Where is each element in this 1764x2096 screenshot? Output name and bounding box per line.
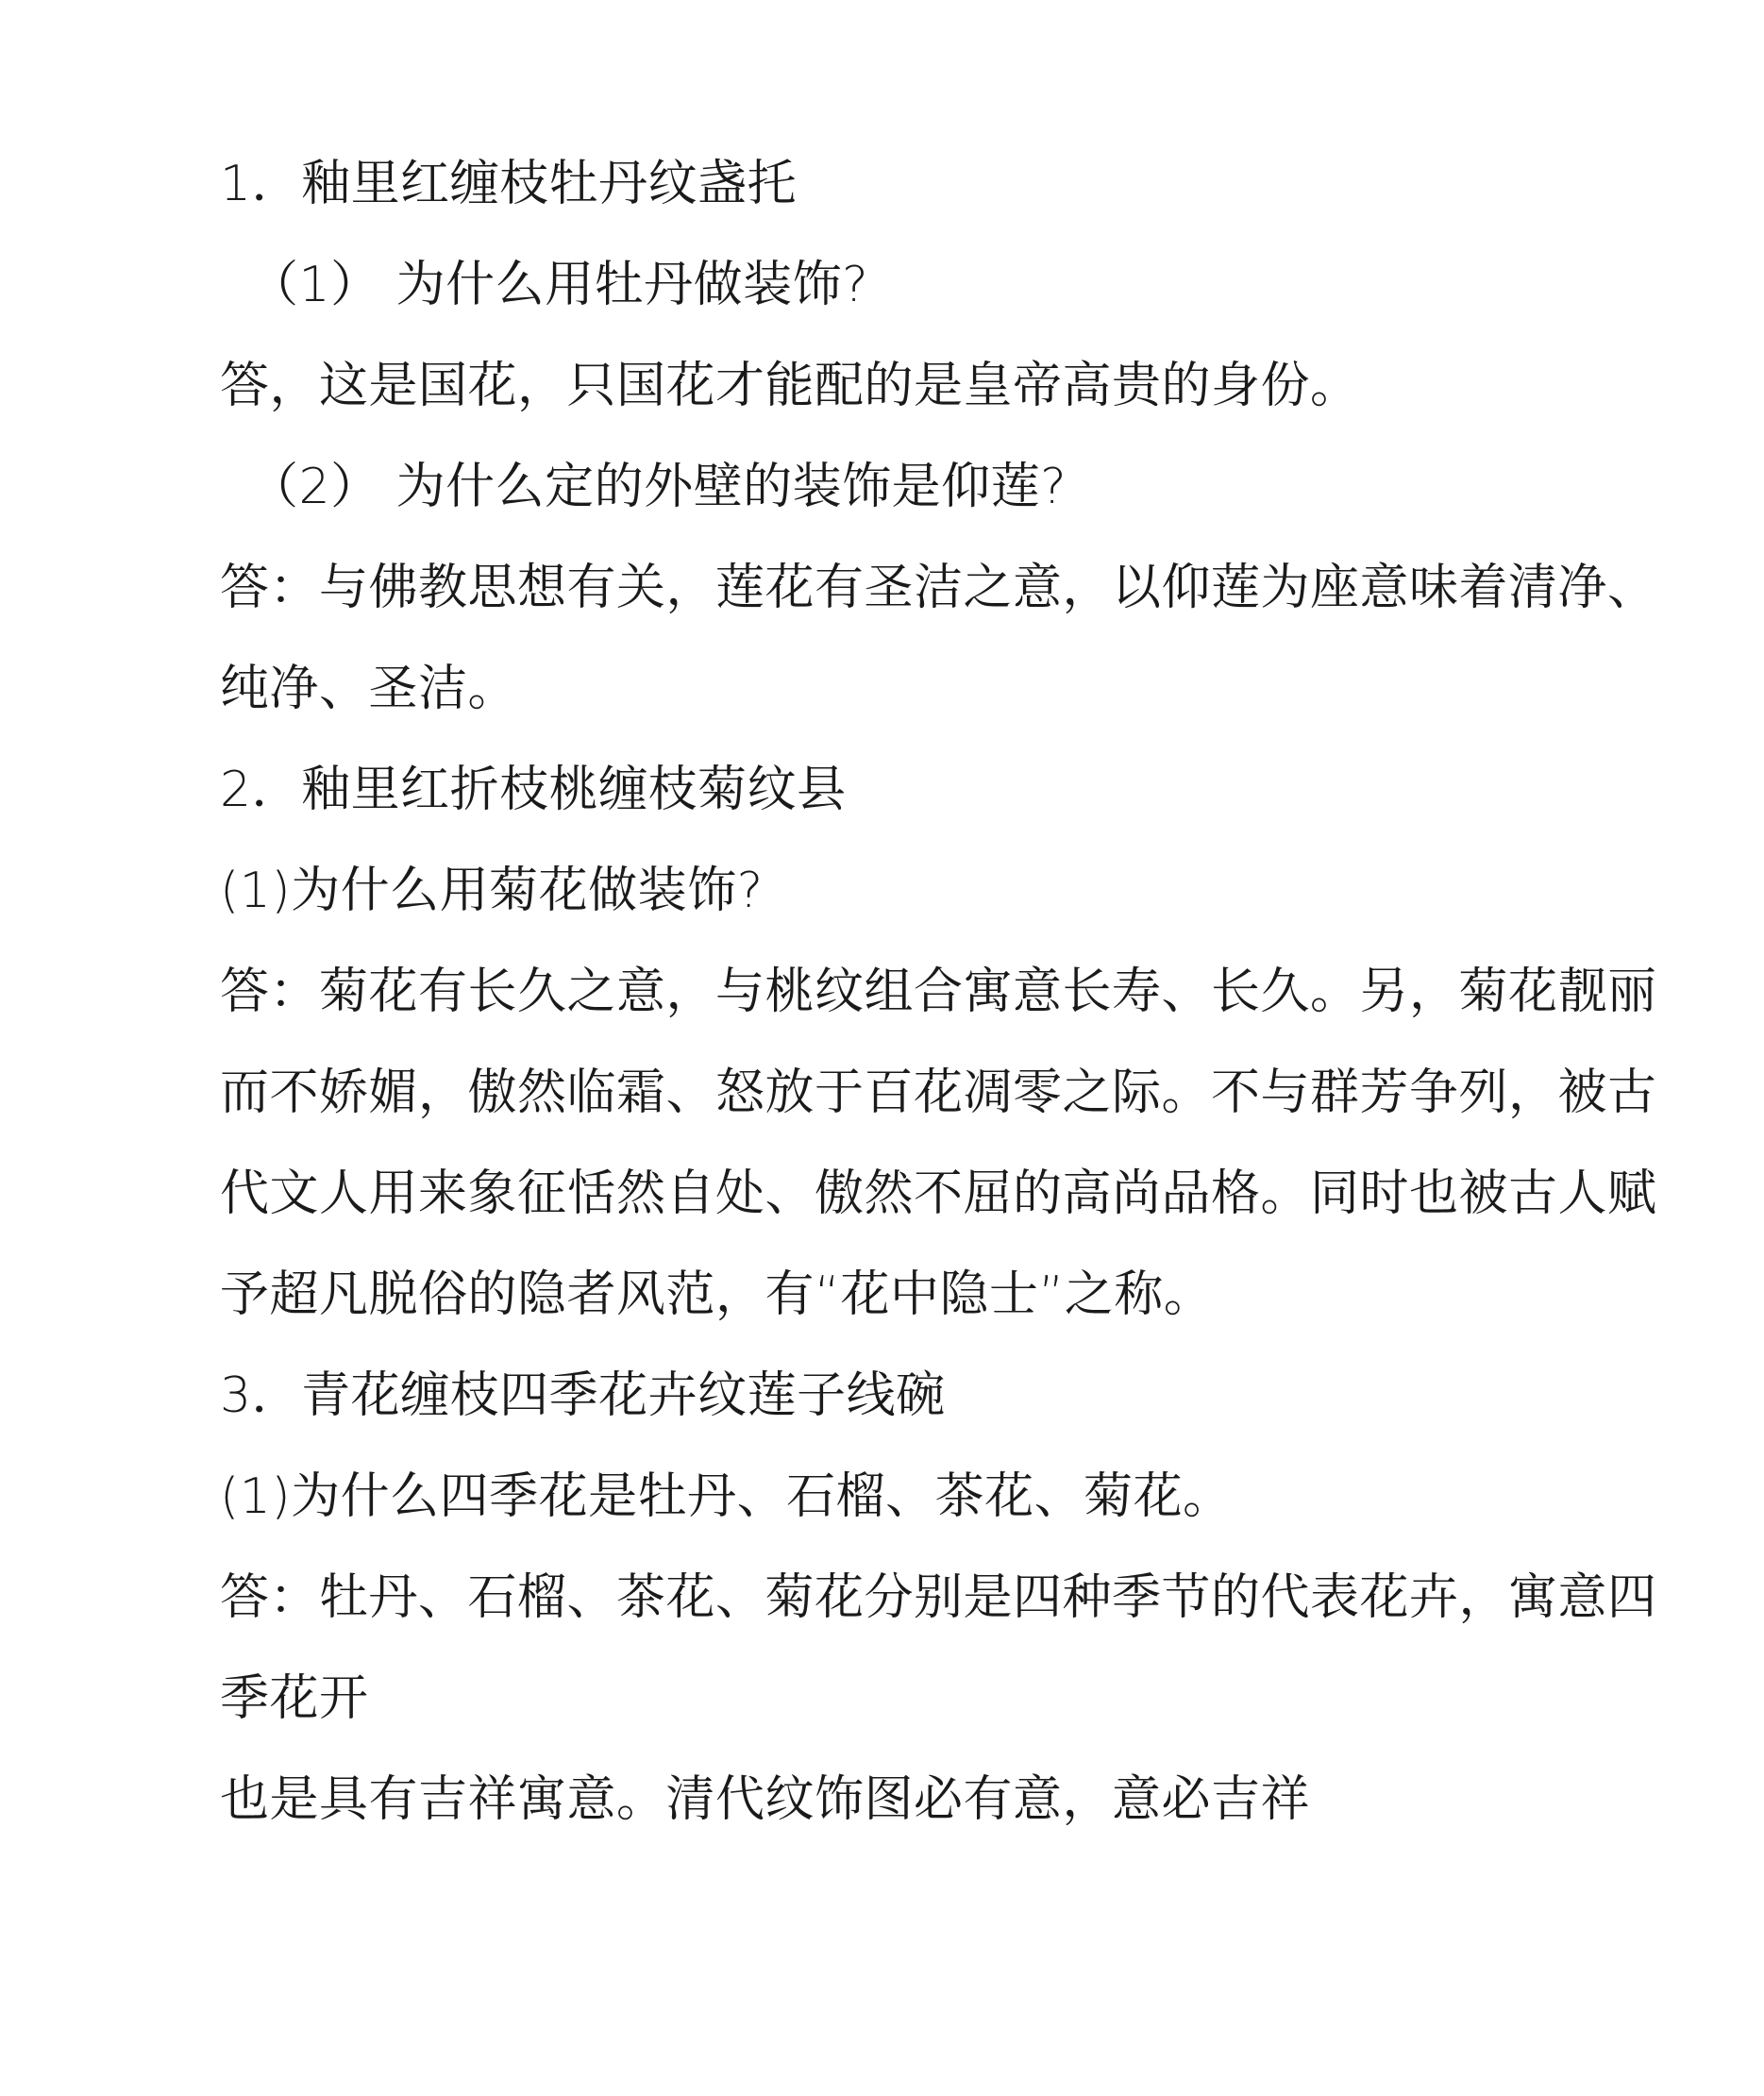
text-line-item-2-title: 2．釉里红折枝桃缠枝菊纹县 [220,740,1613,841]
text-line-answer-1-2a: 答：与佛教思想有关，莲花有圣洁之意，以仰莲为座意味着清净、 [220,538,1613,639]
text-line-answer-2-1d: 予超凡脱俗的隐者风范，有“花中隐士”之称。 [220,1245,1613,1346]
text-line-item-3-title: 3．青花缠枝四季花卉纹莲子线碗 [220,1346,1613,1447]
text-line-question-2-1: (1)为什么用菊花做装饰? [220,841,1613,942]
text-line-answer-2-1c: 代文人用来象征恬然自处、傲然不屈的高尚品格。同时也被古人赋 [220,1144,1613,1245]
text-line-answer-3-1a: 答：牡丹、石榴、茶花、菊花分别是四种季节的代表花卉，寓意四 [220,1548,1613,1649]
text-line-answer-3-1c: 也是具有吉祥寓意。清代纹饰图必有意，意必吉祥 [220,1750,1613,1851]
text-line-question-1-2: （2） 为什么定的外壁的装饰是仰莲? [220,437,1613,538]
document-page: 1．釉里红缠枝牡丹纹盏托 （1） 为什么用牡丹做装饰? 答，这是国花，只国花才能… [0,0,1764,2096]
document-body: { "document": { "background_color": "#ff… [0,0,1764,2096]
text-line-question-3-1: (1)为什么四季花是牡丹、石榴、茶花、菊花。 [220,1447,1613,1548]
text-line-answer-2-1a: 答：菊花有长久之意，与桃纹组合寓意长寿、长久。另，菊花靓丽 [220,942,1613,1043]
text-line-answer-1-1: 答，这是国花，只国花才能配的是皇帝高贵的身份。 [220,336,1613,437]
text-line-answer-3-1b: 季花开 [220,1649,1613,1750]
text-line-question-1-1: （1） 为什么用牡丹做装饰? [220,235,1613,336]
text-line-answer-2-1b: 而不娇媚，傲然临霜、怒放于百花凋零之际。不与群芳争列，被古 [220,1043,1613,1144]
text-line-answer-1-2b: 纯净、圣洁。 [220,639,1613,740]
text-line-item-1-title: 1．釉里红缠枝牡丹纹盏托 [220,134,1613,235]
